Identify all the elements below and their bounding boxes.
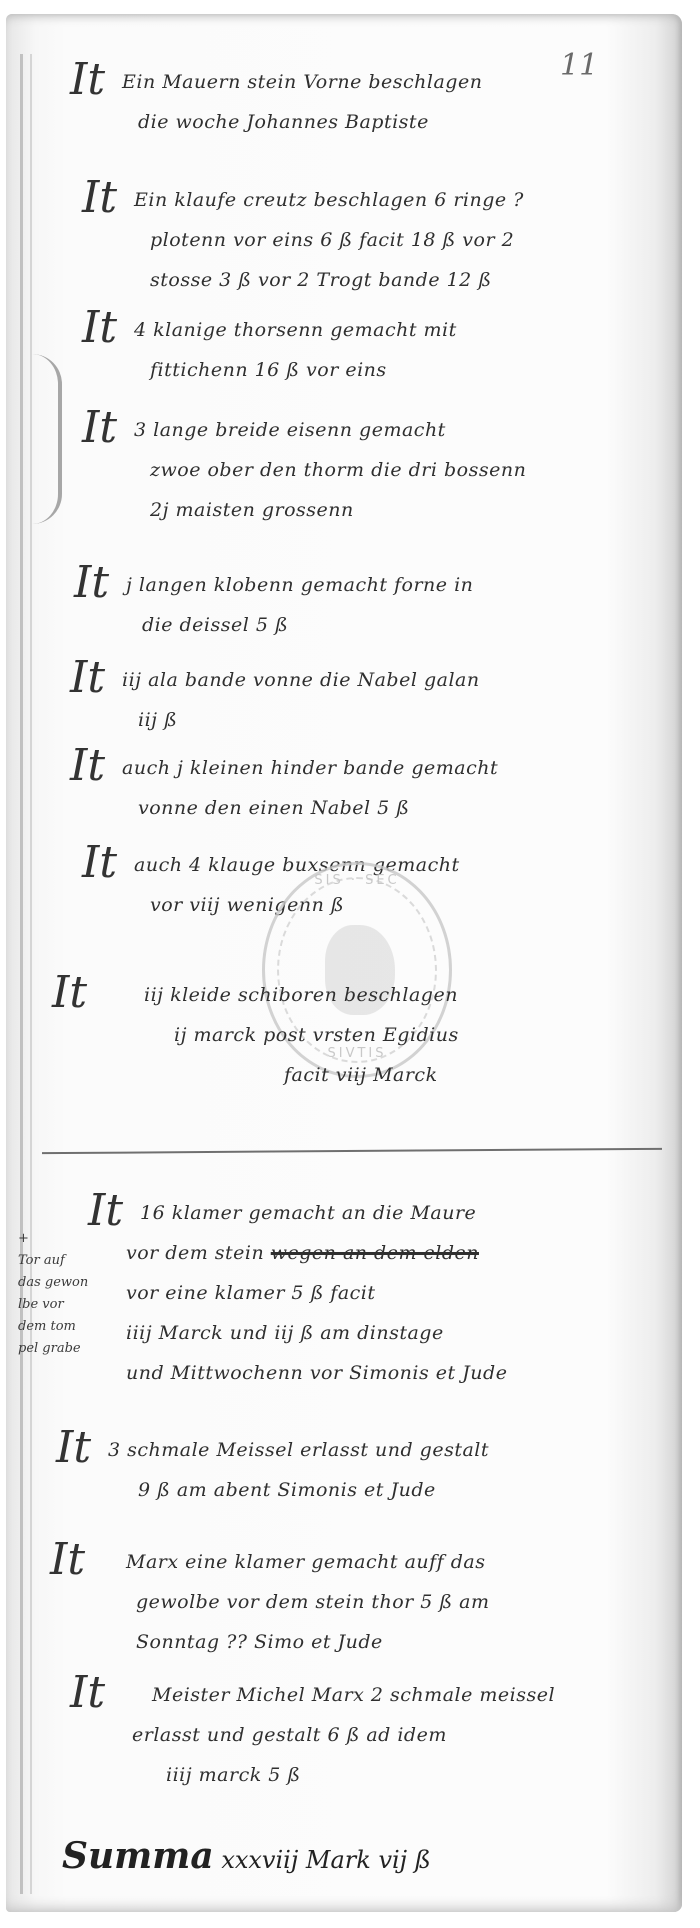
item-mark: It: [70, 1671, 105, 1715]
entry-line: facit viij Marck: [104, 1055, 459, 1095]
summa-total: Summa xxxviij Mark vij ß: [62, 1835, 431, 1877]
item-mark: It: [82, 306, 117, 350]
margin-note-line: dem tom: [18, 1316, 88, 1338]
item-mark: It: [50, 1538, 85, 1582]
summa-label: Summa: [62, 1835, 214, 1877]
summa-value: xxxviij Mark vij ß: [221, 1846, 430, 1874]
margin-note-line: +: [18, 1228, 88, 1250]
entry-line: ij marck post vrsten Egidius: [104, 1015, 459, 1055]
entry-line-text: vor dem stein: [126, 1242, 264, 1264]
margin-note-line: pel grabe: [18, 1338, 88, 1360]
entry-line: iij ala bande vonne die Nabel galan: [122, 660, 480, 700]
entry-line: auch j kleinen hinder bande gemacht: [122, 748, 498, 788]
entry-line: zwoe ober den thorm die dri bossenn: [134, 450, 526, 490]
item-mark: It: [70, 744, 105, 788]
entry-line: Meister Michel Marx 2 schmale meissel: [122, 1675, 555, 1715]
struck-out-text: wegen an dem elden: [271, 1242, 479, 1264]
entry-line: gewolbe vor dem stein thor 5 ß am: [102, 1582, 490, 1622]
entry-line: 2j maisten grossenn: [134, 490, 526, 530]
entry-line: die deissel 5 ß: [126, 605, 473, 645]
margin-note-line: das gewon: [18, 1272, 88, 1294]
item-mark: It: [56, 1426, 91, 1470]
entry-line: vonne den einen Nabel 5 ß: [122, 788, 498, 828]
entry-line: 9 ß am abent Simonis et Jude: [108, 1470, 489, 1510]
entry-line: iij ß: [122, 700, 480, 740]
entry-line: 3 lange breide eisenn gemacht: [134, 410, 526, 450]
item-mark: It: [70, 656, 105, 700]
entry-line: und Mittwochenn vor Simonis et Jude: [126, 1353, 507, 1393]
entry-line: iij kleide schiboren beschlagen: [104, 975, 459, 1015]
item-mark: It: [82, 841, 117, 885]
folio-number: 11: [560, 48, 598, 83]
margin-note-line: lbe vor: [18, 1294, 88, 1316]
entry-line: erlasst und gestalt 6 ß ad idem: [122, 1715, 555, 1755]
entry-line: 4 klanige thorsenn gemacht mit: [134, 310, 457, 350]
margin-note: + Tor auf das gewon lbe vor dem tom pel …: [18, 1228, 88, 1360]
binding-edge-line-inner: [30, 54, 32, 1894]
item-mark: It: [52, 971, 87, 1015]
item-mark: It: [88, 1189, 123, 1233]
entry-line: stosse 3 ß vor 2 Trogt bande 12 ß: [134, 260, 524, 300]
item-mark: It: [82, 176, 117, 220]
item-mark: It: [74, 561, 109, 605]
entry-line: Sonntag ?? Simo et Jude: [102, 1622, 490, 1662]
entry-line: iiij marck 5 ß: [122, 1755, 555, 1795]
entry-line: j langen klobenn gemacht forne in: [126, 565, 473, 605]
entry-line: Marx eine klamer gemacht auff das: [102, 1542, 490, 1582]
binding-edge-line: [20, 54, 23, 1894]
entry-line: iiij Marck und iij ß am dinstage: [126, 1313, 507, 1353]
entry-line: vor eine klamer 5 ß facit: [126, 1273, 507, 1313]
item-mark: It: [82, 406, 117, 450]
entry-line: 3 schmale Meissel erlasst und gestalt: [108, 1430, 489, 1470]
entry-line: fittichenn 16 ß vor eins: [134, 350, 457, 390]
entry-line: plotenn vor eins 6 ß facit 18 ß vor 2: [134, 220, 524, 260]
entry-line: Ein Mauern stein Vorne beschlagen: [122, 62, 482, 102]
entry-line: 16 klamer gemacht an die Maure: [140, 1193, 507, 1233]
entry-line: die woche Johannes Baptiste: [122, 102, 482, 142]
item-mark: It: [70, 58, 105, 102]
margin-note-line: Tor auf: [18, 1250, 88, 1272]
binding-string: [32, 354, 62, 524]
entry-line: vor dem stein wegen an dem elden: [126, 1233, 507, 1273]
seal-legend-top: SIS · SEC: [265, 873, 449, 888]
entry-line: Ein klaufe creutz beschlagen 6 ringe ?: [134, 180, 524, 220]
